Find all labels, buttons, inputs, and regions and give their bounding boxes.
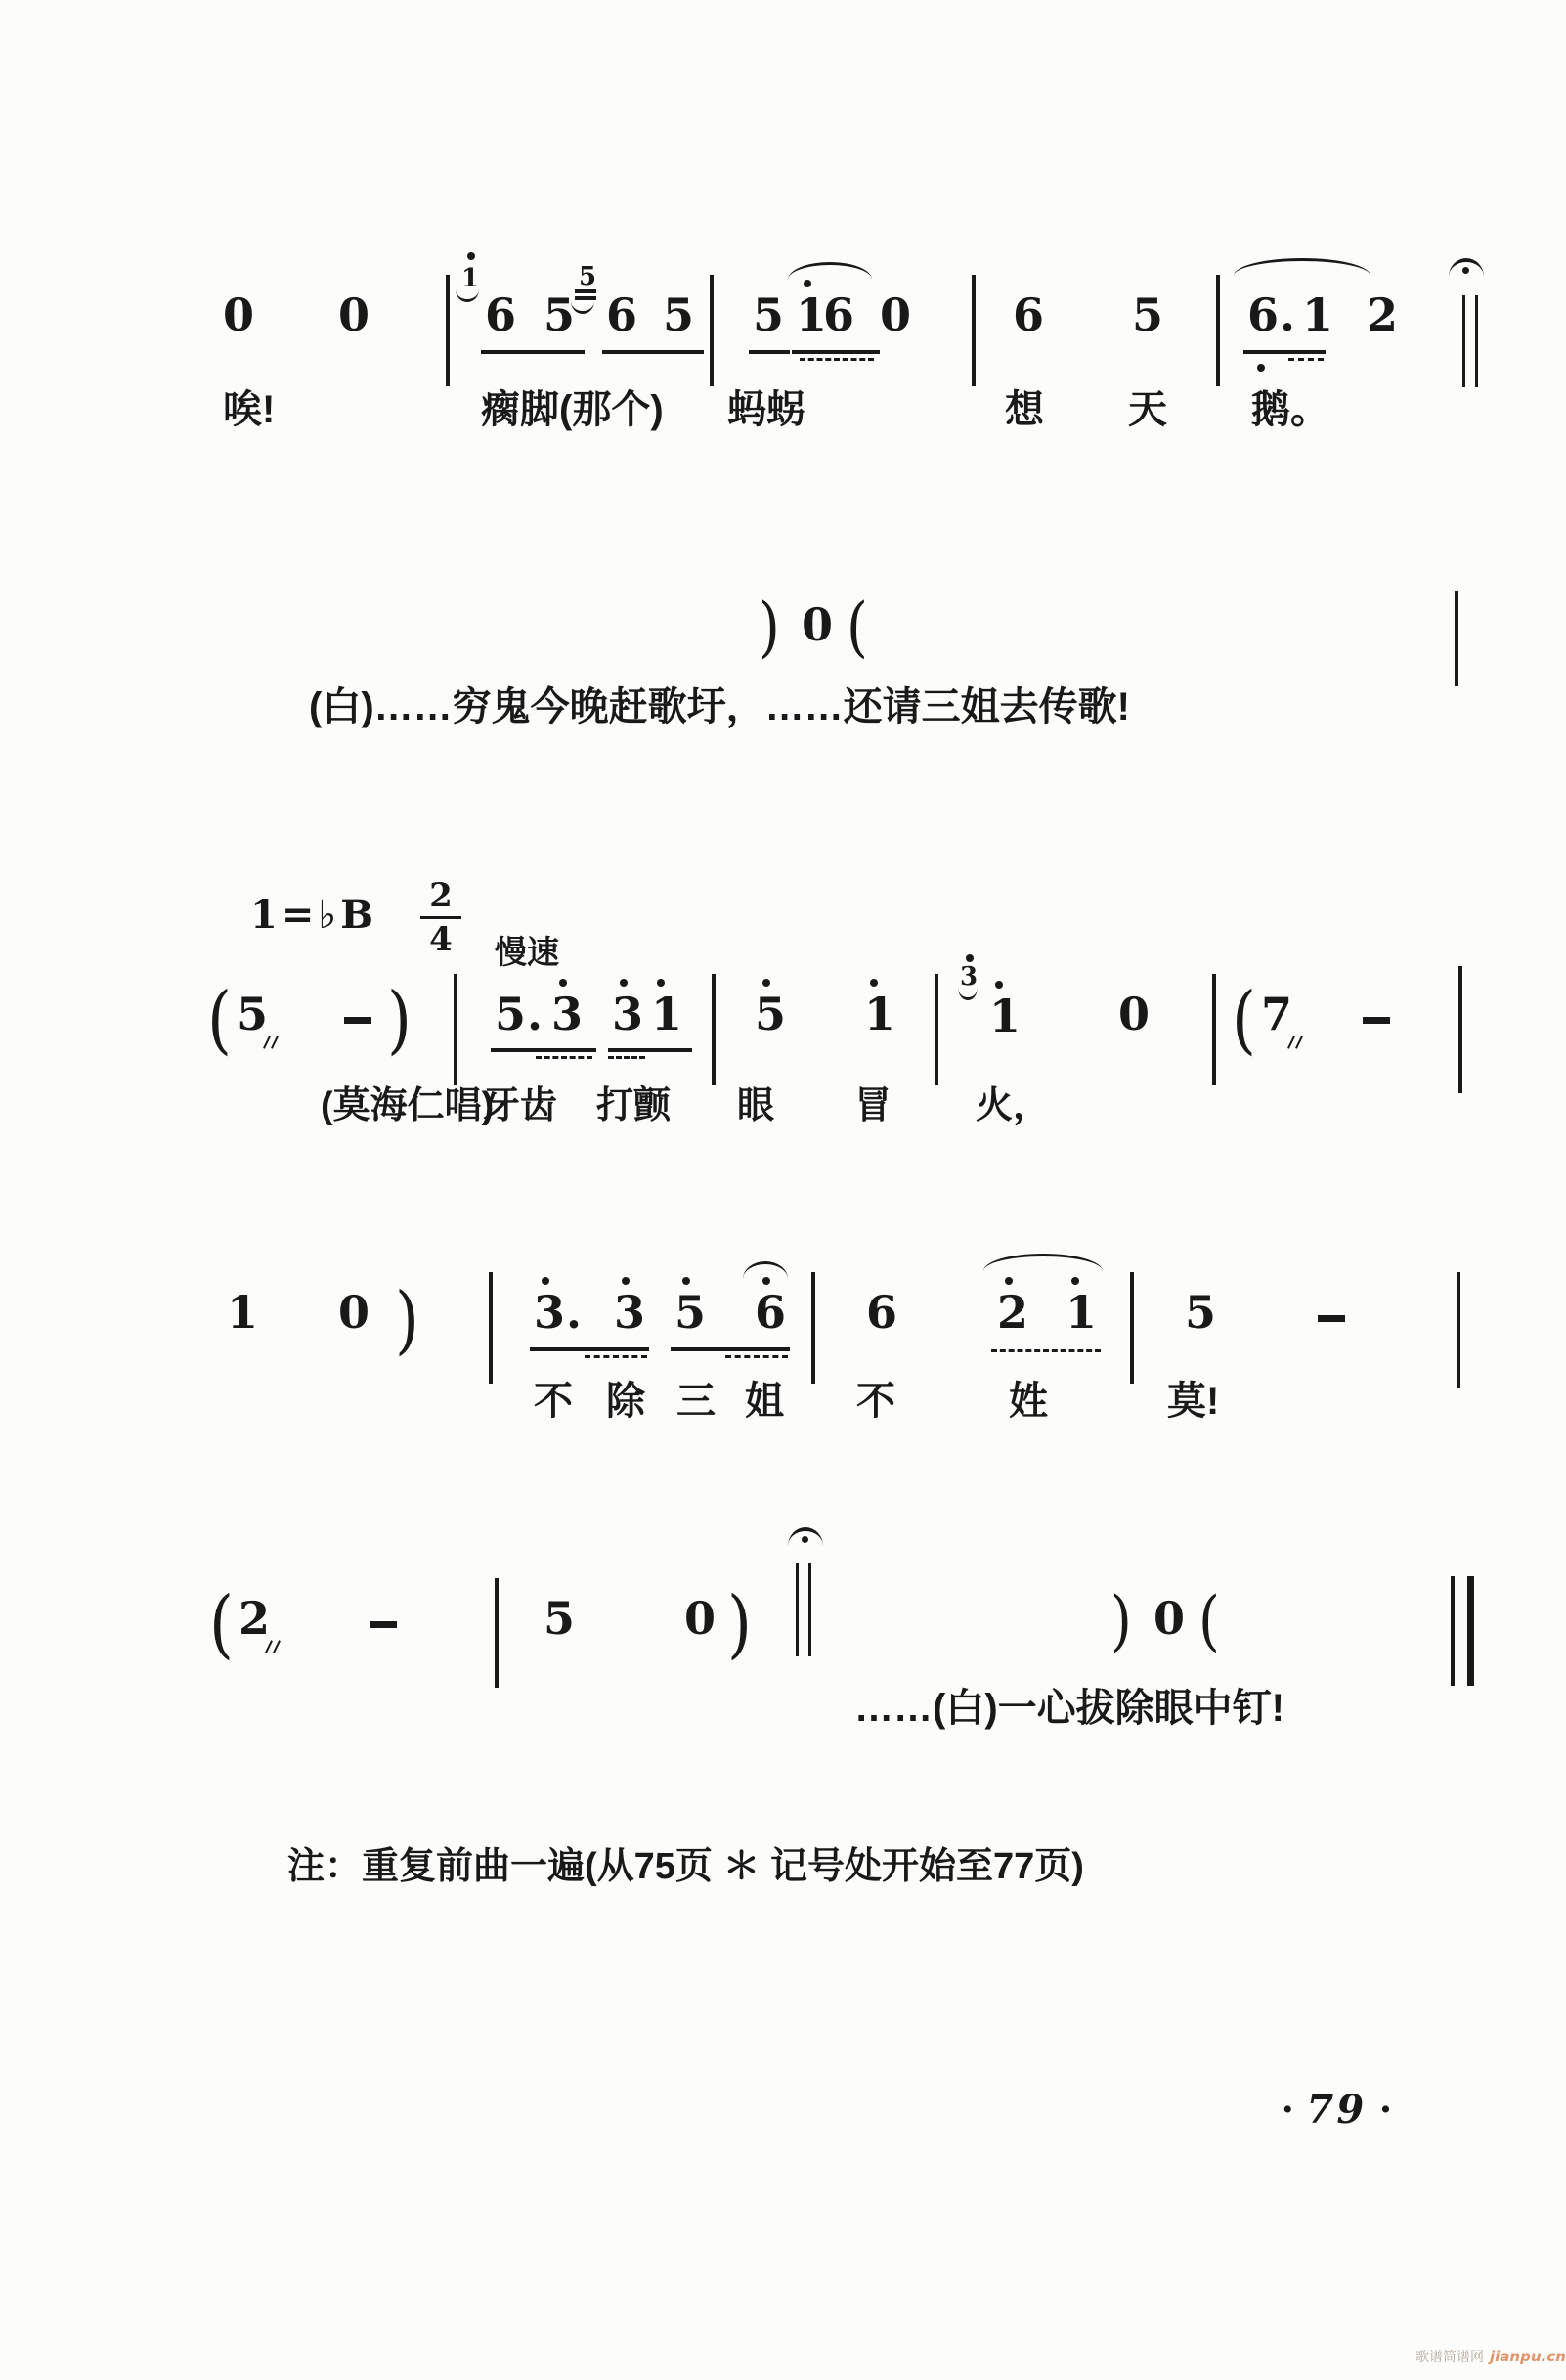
slur-arc	[1234, 258, 1370, 276]
page-number-dot-right: •	[1380, 2095, 1391, 2125]
double-barline	[796, 1563, 811, 1656]
beam-underline-dashed	[536, 1056, 592, 1059]
key-signature: 1=♭B	[250, 892, 377, 938]
grace-hook	[456, 289, 479, 302]
page-number: • 79 •	[1283, 2087, 1391, 2133]
note: 5	[663, 288, 695, 341]
lyrics-line-3-text: 除	[606, 1379, 645, 1424]
note: 0	[338, 288, 370, 341]
beam-underline	[491, 1048, 596, 1052]
lyrics-line-1-text: 瘸脚(那个)	[481, 387, 664, 432]
grace-hook	[958, 988, 978, 1000]
lyrics-line-1-text: 想	[1005, 387, 1044, 432]
beam-underline-dashed	[800, 358, 874, 361]
octave-dot	[620, 979, 628, 987]
note: 7	[1261, 988, 1293, 1040]
beam-underline	[792, 350, 880, 354]
slur-arc	[788, 262, 872, 280]
note: 5	[1185, 1286, 1217, 1339]
slur-arc	[743, 1261, 788, 1279]
octave-dot	[467, 252, 475, 260]
singer-lyrics-line-2-text: (莫海仁唱)	[321, 1085, 494, 1128]
lyrics-line-3-text: 莫!	[1167, 1379, 1219, 1424]
beam-underline	[530, 1347, 649, 1351]
paren: )	[395, 1278, 419, 1363]
octave-dot	[870, 979, 878, 987]
octave-dot	[966, 954, 974, 962]
octave-dot	[762, 1277, 770, 1285]
singer-lyrics-line-2-text: 牙齿	[483, 1085, 557, 1128]
barline	[495, 1578, 499, 1688]
octave-dot	[559, 979, 567, 987]
barline	[1455, 591, 1458, 686]
lyrics-line-3-text: 不	[534, 1379, 573, 1424]
lyrics-line-1-text: 蚂𧊅	[727, 387, 805, 432]
barline	[489, 1272, 493, 1384]
dash-continuation	[370, 1621, 397, 1628]
footnote: 注：重复前曲一遍(从75页 ＊ 记号处开始至77页)	[0, 0, 1566, 2380]
note: 3	[551, 988, 584, 1040]
spoken-line-1: (白)……穷鬼今晚赶歌圩，……还请三姐去传歌!	[0, 0, 1566, 2380]
time-signature: 2 4	[420, 876, 461, 959]
spoken-line-2: ……(白)一心拔除眼中钉!	[0, 0, 1566, 2380]
note: 5	[237, 988, 269, 1040]
note: 5.	[495, 988, 544, 1040]
barline	[811, 1272, 815, 1384]
note: 6.	[1247, 288, 1296, 341]
note: 0	[684, 1592, 717, 1645]
beam-underline	[1243, 350, 1326, 354]
note: 5	[1132, 288, 1164, 341]
double-barline	[1462, 295, 1478, 387]
beam-underline	[575, 296, 596, 300]
paren: )	[387, 978, 412, 1063]
note: 6	[1013, 288, 1045, 341]
singer-lyrics-line-2: (莫海仁唱)牙齿打颤眼冒火，	[0, 0, 1566, 2380]
barline	[1212, 974, 1216, 1085]
note: 1	[651, 988, 683, 1040]
grace-note: 3	[960, 962, 978, 992]
fermata-icon	[788, 1527, 823, 1546]
note: 0	[1153, 1592, 1186, 1645]
tremolo-slashes	[1286, 1035, 1304, 1050]
note: 1	[864, 988, 896, 1040]
lyrics-line-1-text: 唉!	[223, 387, 275, 432]
lyrics-line-3-text: 三	[676, 1379, 716, 1424]
note: 6	[866, 1286, 898, 1339]
spoken-line-1-text: (白)……穷鬼今晚赶歌圩，……还请三姐去传歌!	[309, 684, 1130, 729]
barline	[1457, 1272, 1460, 1388]
beam-underline	[481, 350, 585, 354]
singer-lyrics-line-2-text: 火，	[976, 1085, 1050, 1128]
grace-note: 5	[579, 262, 596, 291]
beam-underline	[608, 1048, 692, 1052]
beam-underline-dashed	[608, 1056, 645, 1059]
double-barline	[1451, 1576, 1474, 1686]
slur-arc	[983, 1254, 1103, 1271]
octave-dot	[995, 981, 1003, 989]
watermark-site-url: jianpu.cn	[1490, 2348, 1566, 2365]
vocal-line-3: 10)3.3566215	[0, 0, 1566, 2380]
watermark: 歌谱简谱网 jianpu.cn	[1415, 2347, 1566, 2366]
octave-dot	[804, 280, 811, 287]
note: 5	[755, 988, 787, 1040]
note: 5	[544, 288, 576, 341]
note: 6	[485, 288, 517, 341]
vocal-line-1: 001655655160656.12	[0, 0, 1566, 2380]
note: 2	[1367, 288, 1399, 341]
octave-dot	[657, 979, 665, 987]
page-number-value: 79	[1307, 2087, 1368, 2133]
paren: (	[1198, 1584, 1220, 1659]
paren: (	[847, 591, 868, 666]
barline	[1216, 275, 1220, 386]
grace-hook	[571, 301, 594, 314]
barline	[1130, 1272, 1134, 1384]
beam-underline	[749, 350, 790, 354]
note: 6	[755, 1286, 787, 1339]
beam-underline-dashed	[1288, 358, 1324, 361]
note: 3	[614, 1286, 646, 1339]
beam-underline	[575, 289, 596, 293]
lyrics-line-3: 不除三姐不姓莫!	[0, 0, 1566, 2380]
dash-continuation	[1318, 1315, 1345, 1322]
octave-dot	[1257, 364, 1265, 372]
note: 1	[1066, 1286, 1098, 1339]
note: 1	[227, 1286, 259, 1339]
octave-dot	[542, 1277, 549, 1285]
footnote-text: 注：重复前曲一遍(从75页 ＊ 记号处开始至77页)	[287, 1846, 1084, 1889]
tempo-marking: 慢速	[495, 927, 559, 973]
barline	[710, 275, 714, 386]
beam-underline	[602, 350, 704, 354]
spoken-line-2-text: ……(白)一心拔除眼中钉!	[854, 1686, 1284, 1731]
note: 0	[802, 598, 834, 651]
singer-lyrics-line-2-text: 打颤	[596, 1085, 671, 1128]
octave-dot	[682, 1277, 690, 1285]
time-signature-numerator: 2	[420, 876, 461, 919]
paren: (	[1232, 978, 1256, 1063]
lyrics-line-1-text: 天	[1128, 387, 1167, 432]
octave-dot	[1071, 1277, 1079, 1285]
lyrics-line-1: 唉!瘸脚(那个)蚂𧊅想天鹅。	[0, 0, 1566, 2380]
note: 5	[674, 1286, 707, 1339]
beam-underline-dashed	[725, 1355, 788, 1358]
note: 5	[544, 1592, 576, 1645]
tremolo-slashes	[264, 1639, 282, 1654]
beam-underline-dashed	[991, 1349, 1101, 1352]
octave-dot	[762, 979, 770, 987]
barline	[972, 275, 976, 386]
paren: )	[759, 591, 780, 666]
score-page: 1=♭B 2 4 慢速 • 79 • 歌谱简谱网 jianpu.cn 00165…	[0, 0, 1566, 2380]
barline	[935, 974, 938, 1085]
paren: (	[207, 978, 232, 1063]
lyrics-line-3-text: 姓	[1009, 1379, 1048, 1424]
lyrics-line-1-text: 鹅。	[1251, 387, 1329, 432]
lyrics-line-3-text: 不	[856, 1379, 895, 1424]
tremolo-slashes	[262, 1035, 280, 1050]
barline	[712, 974, 716, 1085]
singer-lyrics-line-2-text: 眼	[737, 1085, 774, 1128]
grace-note: 1	[461, 264, 479, 293]
barline	[454, 974, 457, 1085]
dash-continuation	[1363, 1017, 1390, 1024]
note: 2	[997, 1286, 1029, 1339]
time-signature-denominator: 4	[420, 919, 461, 959]
note: 1	[1302, 288, 1334, 341]
fermata-icon	[1449, 258, 1484, 277]
page-number-dot-left: •	[1283, 2095, 1293, 2125]
vocal-line-4: (250))0(	[0, 0, 1566, 2380]
dash-continuation	[344, 1017, 371, 1024]
lyrics-line-3-text: 姐	[745, 1379, 784, 1424]
note: 5	[753, 288, 785, 341]
note: 0	[223, 288, 255, 341]
watermark-site-name: 歌谱简谱网	[1415, 2347, 1484, 2366]
paren: )	[1110, 1584, 1132, 1659]
barline	[1458, 966, 1462, 1093]
barline	[446, 275, 450, 386]
note: 6	[606, 288, 638, 341]
singer-lyrics-line-2-text: 冒	[854, 1085, 892, 1128]
note: 3	[612, 988, 644, 1040]
note: 0	[338, 1286, 370, 1339]
note: 0	[880, 288, 912, 341]
beam-underline-dashed	[585, 1355, 647, 1358]
octave-dot	[1005, 1277, 1013, 1285]
note: 6	[823, 288, 855, 341]
paren: (	[209, 1582, 234, 1667]
vocal-line-2: (5)5.33151310(7	[0, 0, 1566, 2380]
note: 2	[239, 1592, 271, 1645]
paren: )	[727, 1582, 752, 1667]
note: 0	[1118, 988, 1151, 1040]
note: 3.	[534, 1286, 583, 1339]
note: 1	[796, 288, 828, 341]
beam-underline	[671, 1347, 790, 1351]
interlude-symbols-1: )0(	[0, 0, 1566, 2380]
note: 1	[989, 990, 1022, 1042]
octave-dot	[622, 1277, 630, 1285]
